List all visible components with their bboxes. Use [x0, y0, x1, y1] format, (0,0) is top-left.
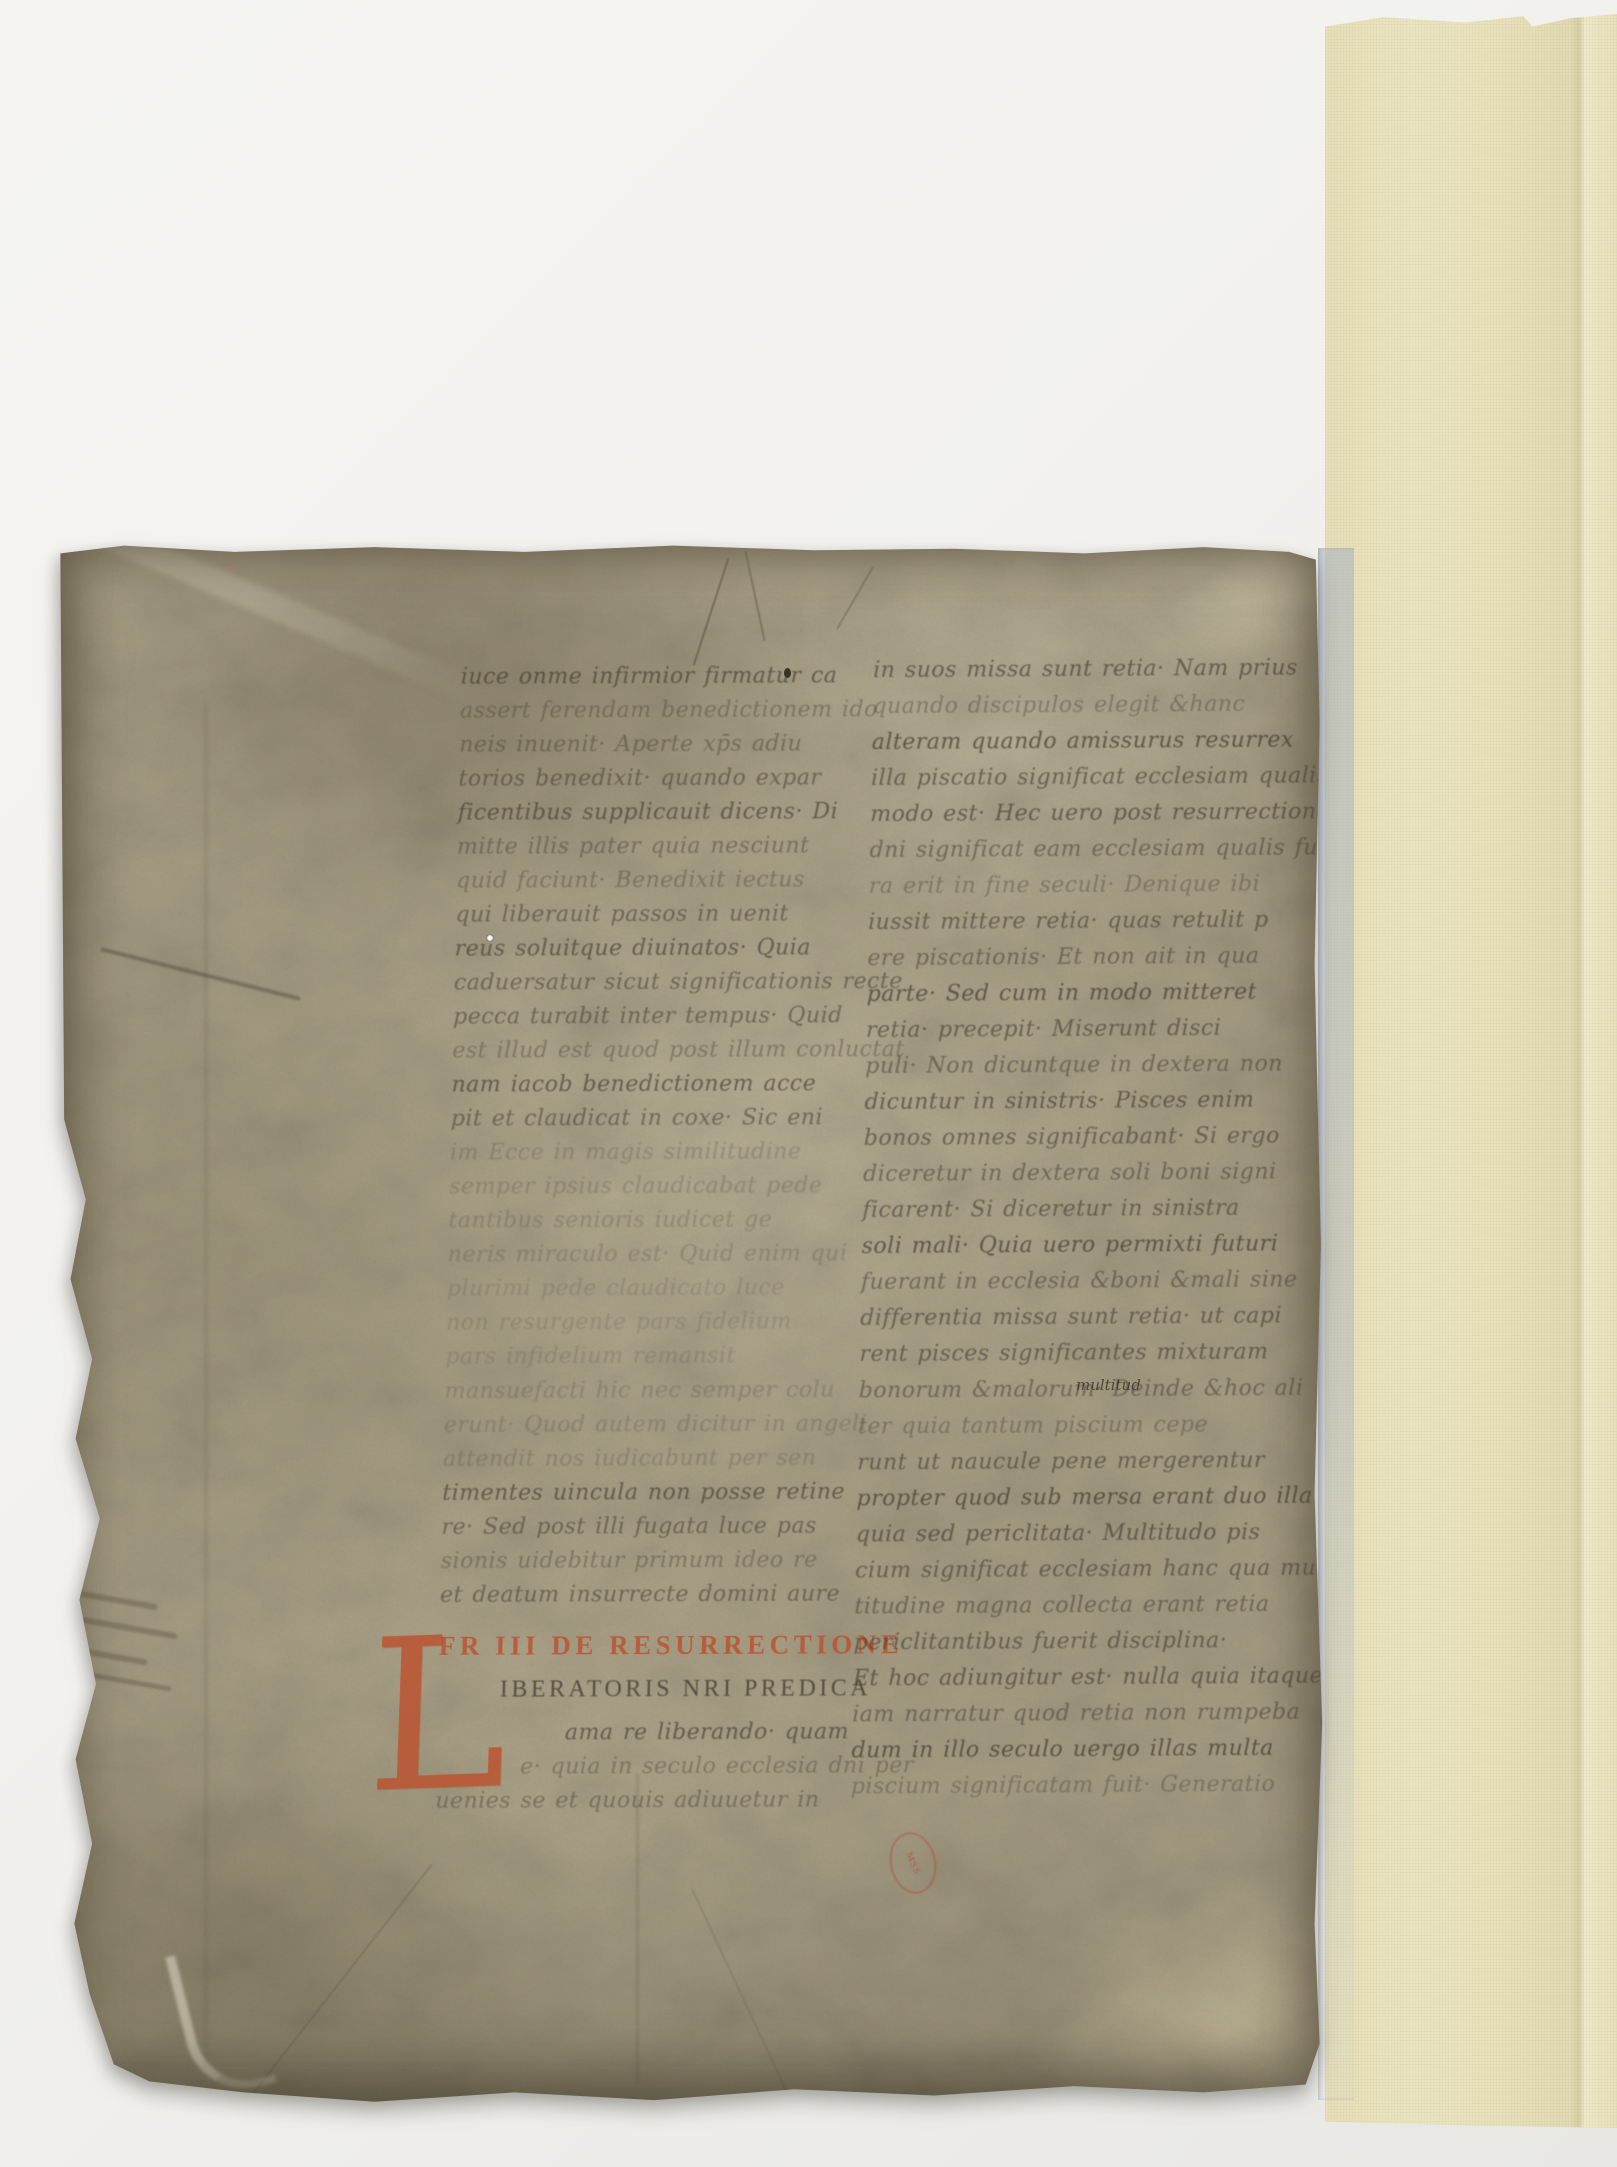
crease-striation — [60, 1644, 148, 1665]
manuscript-text-line: mansuefacti hic nec semper colu — [444, 1377, 817, 1412]
manuscript-text-line: caduersatur sicut significationis recte — [453, 969, 826, 1004]
manuscript-text-line: puli· Non dicuntque in dextera non — [865, 1047, 1238, 1085]
manuscript-text-line: titudine magna collecta erant retia — [854, 1587, 1227, 1625]
manuscript-text-line: re· Sed post illi fugata luce pas — [441, 1513, 814, 1548]
manuscript-text-line: piscium significatam fuit· Generatio — [850, 1767, 1223, 1805]
scratch-mark — [197, 1864, 433, 2165]
manuscript-text-line: dum in illo seculo uergo illas multa — [851, 1731, 1224, 1769]
manuscript-text-line: iam narratur quod retia non rumpeba — [852, 1695, 1225, 1733]
manuscript-text-line: cium significat ecclesiam hanc qua mul — [855, 1551, 1228, 1589]
manuscript-text-line: nam iacob benedictionem acce — [451, 1071, 824, 1106]
crack-mark — [744, 551, 765, 641]
crease-striation — [68, 1614, 177, 1639]
mount-strip — [1325, 14, 1617, 2128]
manuscript-text-line: sionis uidebitur primum ideo re — [440, 1547, 813, 1582]
manuscript-text-line: ficarent· Si diceretur in sinistra — [862, 1191, 1235, 1229]
library-stamp: MSS — [884, 1828, 942, 1898]
manuscript-text-line: modo est· Hec uero post resurrectione — [870, 795, 1243, 833]
manuscript-text-line: semper ipsius claudicabat pede — [449, 1173, 822, 1208]
parchment-leaf: iuce onme infirmior firmatur caassert fe… — [54, 544, 1326, 2108]
manuscript-text-line: alteram quando amissurus resurrex — [871, 723, 1244, 761]
manuscript-text-line: neris miraculo est· Quid enim qui — [447, 1241, 820, 1276]
manuscript-text-line: propter quod sub mersa erant duo illa pa… — [856, 1479, 1229, 1517]
manuscript-text-line: in suos missa sunt retia· Nam prius — [873, 651, 1246, 689]
manuscript-text-line: rent pisces significantes mixturam — [859, 1335, 1232, 1373]
photo-background: { "colors": { "background": "#f2f1ee", "… — [0, 0, 1617, 2167]
manuscript-text-line: plurimi pede claudicato luce — [446, 1275, 819, 1310]
manuscript-text-line: pars infidelium remansit — [445, 1343, 818, 1378]
crease-mark — [101, 947, 301, 1000]
crack-mark — [836, 566, 874, 629]
left-column-upper-lines: iuce onme infirmior firmatur caassert fe… — [440, 663, 834, 1616]
crease-mark — [165, 1939, 276, 2101]
manuscript-text-line: ficentibus supplicauit dicens· Di — [457, 799, 830, 834]
manuscript-text-line: ter quia tantum piscium cepe — [858, 1407, 1231, 1445]
fold-line — [204, 704, 208, 2064]
manuscript-text-line: illa piscatio significat ecclesiam quali… — [871, 759, 1244, 797]
manuscript-text-line: differentia missa sunt retia· ut capi — [860, 1299, 1233, 1337]
manuscript-text-line: assert ferendam benedictionem ido — [460, 697, 833, 732]
manuscript-text-line: mitte illis pater quia nesciunt — [457, 833, 830, 868]
scratch-mark — [691, 1888, 820, 2161]
crack-mark — [693, 558, 730, 665]
manuscript-text-line: non resurgente pars fidelium — [446, 1309, 819, 1344]
manuscript-text-line: periclitantibus fuerit disciplina· — [853, 1623, 1226, 1661]
manuscript-text-line: ere piscationis· Et non ait in qua — [867, 939, 1240, 977]
manuscript-text-line: dicuntur in sinistris· Pisces enim — [864, 1083, 1237, 1121]
manuscript-text-line: quid faciunt· Benedixit iectus — [456, 867, 829, 902]
decorated-initial: L — [364, 1607, 542, 1828]
manuscript-text-line: iussit mittere retia· quas retulit p — [868, 903, 1241, 941]
manuscript-text-line: tantibus senioris iudicet ge — [448, 1207, 821, 1242]
manuscript-text-line: runt ut naucule pene mergerentur — [857, 1443, 1230, 1481]
manuscript-text-line: qui liberauit passos in uenit — [455, 901, 828, 936]
interlinear-gloss: multitud — [1076, 1376, 1141, 1394]
crease-striation — [72, 1669, 171, 1691]
manuscript-text-line: bonorum &malorum· Deinde &hoc ali — [858, 1371, 1231, 1409]
manuscript-text-line: Et hoc adiungitur est· nulla quia itaque — [853, 1659, 1226, 1697]
manuscript-text-line: parte· Sed cum in modo mitteret — [866, 975, 1239, 1013]
crease-striation — [62, 1588, 158, 1611]
manuscript-text-line: quando discipulos elegit &hanc — [872, 687, 1245, 725]
manuscript-text-line: timentes uincula non posse retine — [442, 1479, 815, 1514]
manuscript-text-line: dni significat eam ecclesiam qualis futu — [869, 831, 1242, 869]
pin-hole — [230, 566, 234, 570]
manuscript-text-line: erunt· Quod autem dicitur in angeli — [443, 1411, 816, 1446]
manuscript-text-line: iuce onme infirmior firmatur ca — [460, 663, 833, 698]
manuscript-text-line: im Ecce in magis similitudine — [450, 1139, 823, 1174]
manuscript-text-line: retia· precepit· Miserunt disci — [866, 1011, 1239, 1049]
manuscript-text-line: diceretur in dextera soli boni signi — [863, 1155, 1236, 1193]
parchment-surface: iuce onme infirmior firmatur caassert fe… — [54, 544, 1326, 2108]
manuscript-text-line: quia sed periclitata· Multitudo pis — [855, 1515, 1228, 1553]
manuscript-text-line: torios benedixit· quando expar — [458, 765, 831, 800]
manuscript-text-line: neis inuenit· Aperte xp̄s adiu — [459, 731, 832, 766]
manuscript-text-line: bonos omnes significabant· Si ergo — [863, 1119, 1236, 1157]
manuscript-text-line: reus soluitque diuinatos· Quia — [454, 935, 827, 970]
manuscript-text-line: pecca turabit inter tempus· Quid — [453, 1003, 826, 1038]
manuscript-text-line: pit et claudicat in coxe· Sic eni — [450, 1105, 823, 1140]
manuscript-text-line: attendit nos iudicabunt per sen — [443, 1445, 816, 1480]
manuscript-text-line: est illud est quod post illum conluctat — [452, 1037, 825, 1072]
text-column-right: in suos missa sunt retia· Nam priusquand… — [850, 651, 1245, 1805]
manuscript-text-line: soli mali· Quia uero permixti futuri — [861, 1227, 1234, 1265]
manuscript-text-line: ra erit in fine seculi· Denique ibi — [869, 867, 1242, 905]
stamp-label: MSS — [903, 1850, 923, 1876]
crease-mark — [96, 521, 502, 713]
manuscript-text-line: fuerant in ecclesia &boni &mali sine — [861, 1263, 1234, 1301]
